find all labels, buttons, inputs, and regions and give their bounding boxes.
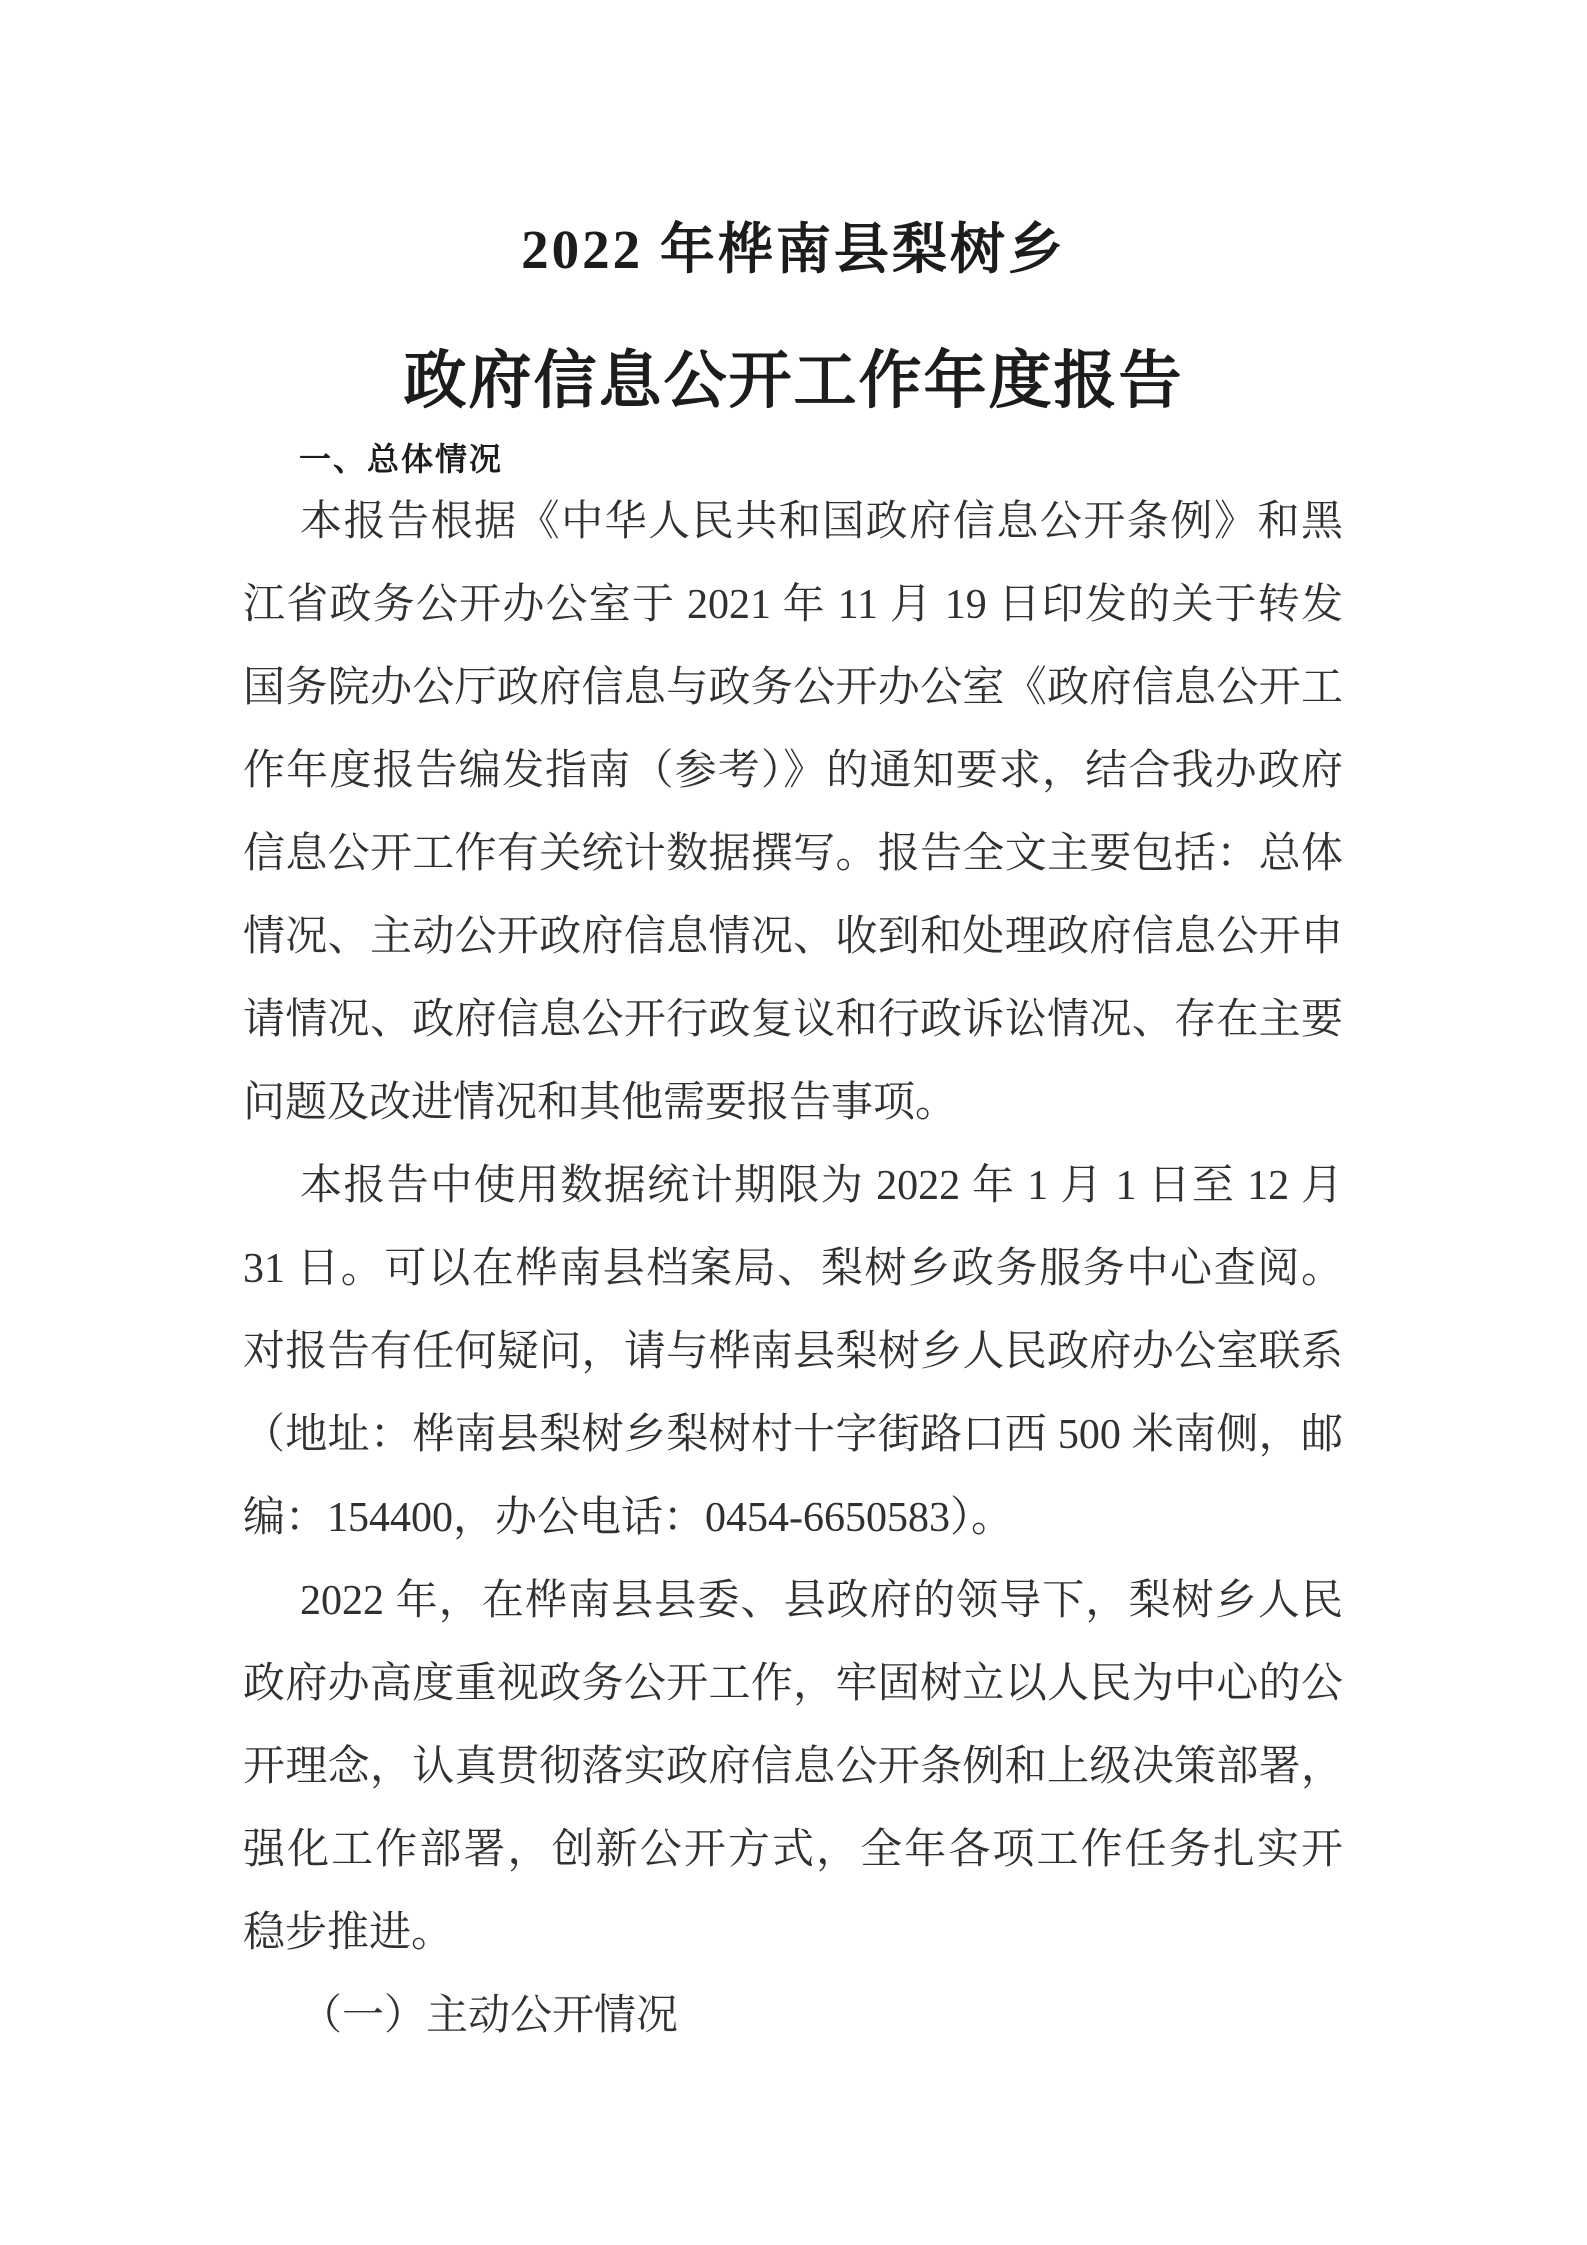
section-heading: 一、总体情况 [299, 441, 503, 477]
document-page: 2022 年桦南县梨树乡 政府信息公开工作年度报告 一、总体情况 本报告根据《中… [0, 0, 1587, 2245]
document-body: 本报告根据《中华人民共和国政府信息公开条例》和黑龙江省政务公开办公室于 2021… [243, 481, 1343, 2058]
body-line: 稳步推进。 [243, 1892, 1343, 1975]
body-line: 强化工作部署，创新公开方式，全年各项工作任务扎实开展、 [243, 1809, 1343, 1892]
body-line: 信息公开工作有关统计数据撰写。报告全文主要包括：总体 [243, 813, 1343, 896]
body-line: （一）主动公开情况 [243, 1975, 1343, 2058]
body-line: 国务院办公厅政府信息与政务公开办公室《政府信息公开工 [243, 647, 1343, 730]
body-line: 31 日。可以在桦南县档案局、梨树乡政务服务中心查阅。如 [243, 1228, 1343, 1311]
body-line: 编：154400，办公电话：0454-6650583）。 [243, 1477, 1343, 1560]
body-line: 问题及改进情况和其他需要报告事项。 [243, 1062, 1343, 1145]
body-line: （地址：桦南县梨树乡梨树村十字街路口西 500 米南侧，邮 [243, 1394, 1343, 1477]
document-title-line-2: 政府信息公开工作年度报告 [0, 338, 1587, 424]
body-line: 江省政务公开办公室于 2021 年 11 月 19 日印发的关于转发 [243, 564, 1343, 647]
document-title-line-1: 2022 年桦南县梨树乡 [0, 208, 1587, 292]
body-line: 对报告有任何疑问，请与桦南县梨树乡人民政府办公室联系 [243, 1311, 1343, 1394]
body-line: 开理念，认真贯彻落实政府信息公开条例和上级决策部署， [243, 1726, 1343, 1809]
body-line: 政府办高度重视政务公开工作，牢固树立以人民为中心的公 [243, 1643, 1343, 1726]
body-line: 2022 年，在桦南县县委、县政府的领导下，梨树乡人民 [243, 1560, 1343, 1643]
body-line: 请情况、政府信息公开行政复议和行政诉讼情况、存在主要 [243, 979, 1343, 1062]
body-line: 情况、主动公开政府信息情况、收到和处理政府信息公开申 [243, 896, 1343, 979]
body-line: 作年度报告编发指南（参考）》的通知要求，结合我办政府 [243, 730, 1343, 813]
body-line: 本报告根据《中华人民共和国政府信息公开条例》和黑龙 [243, 481, 1343, 564]
body-line: 本报告中使用数据统计期限为 2022 年 1 月 1 日至 12 月 [243, 1145, 1343, 1228]
